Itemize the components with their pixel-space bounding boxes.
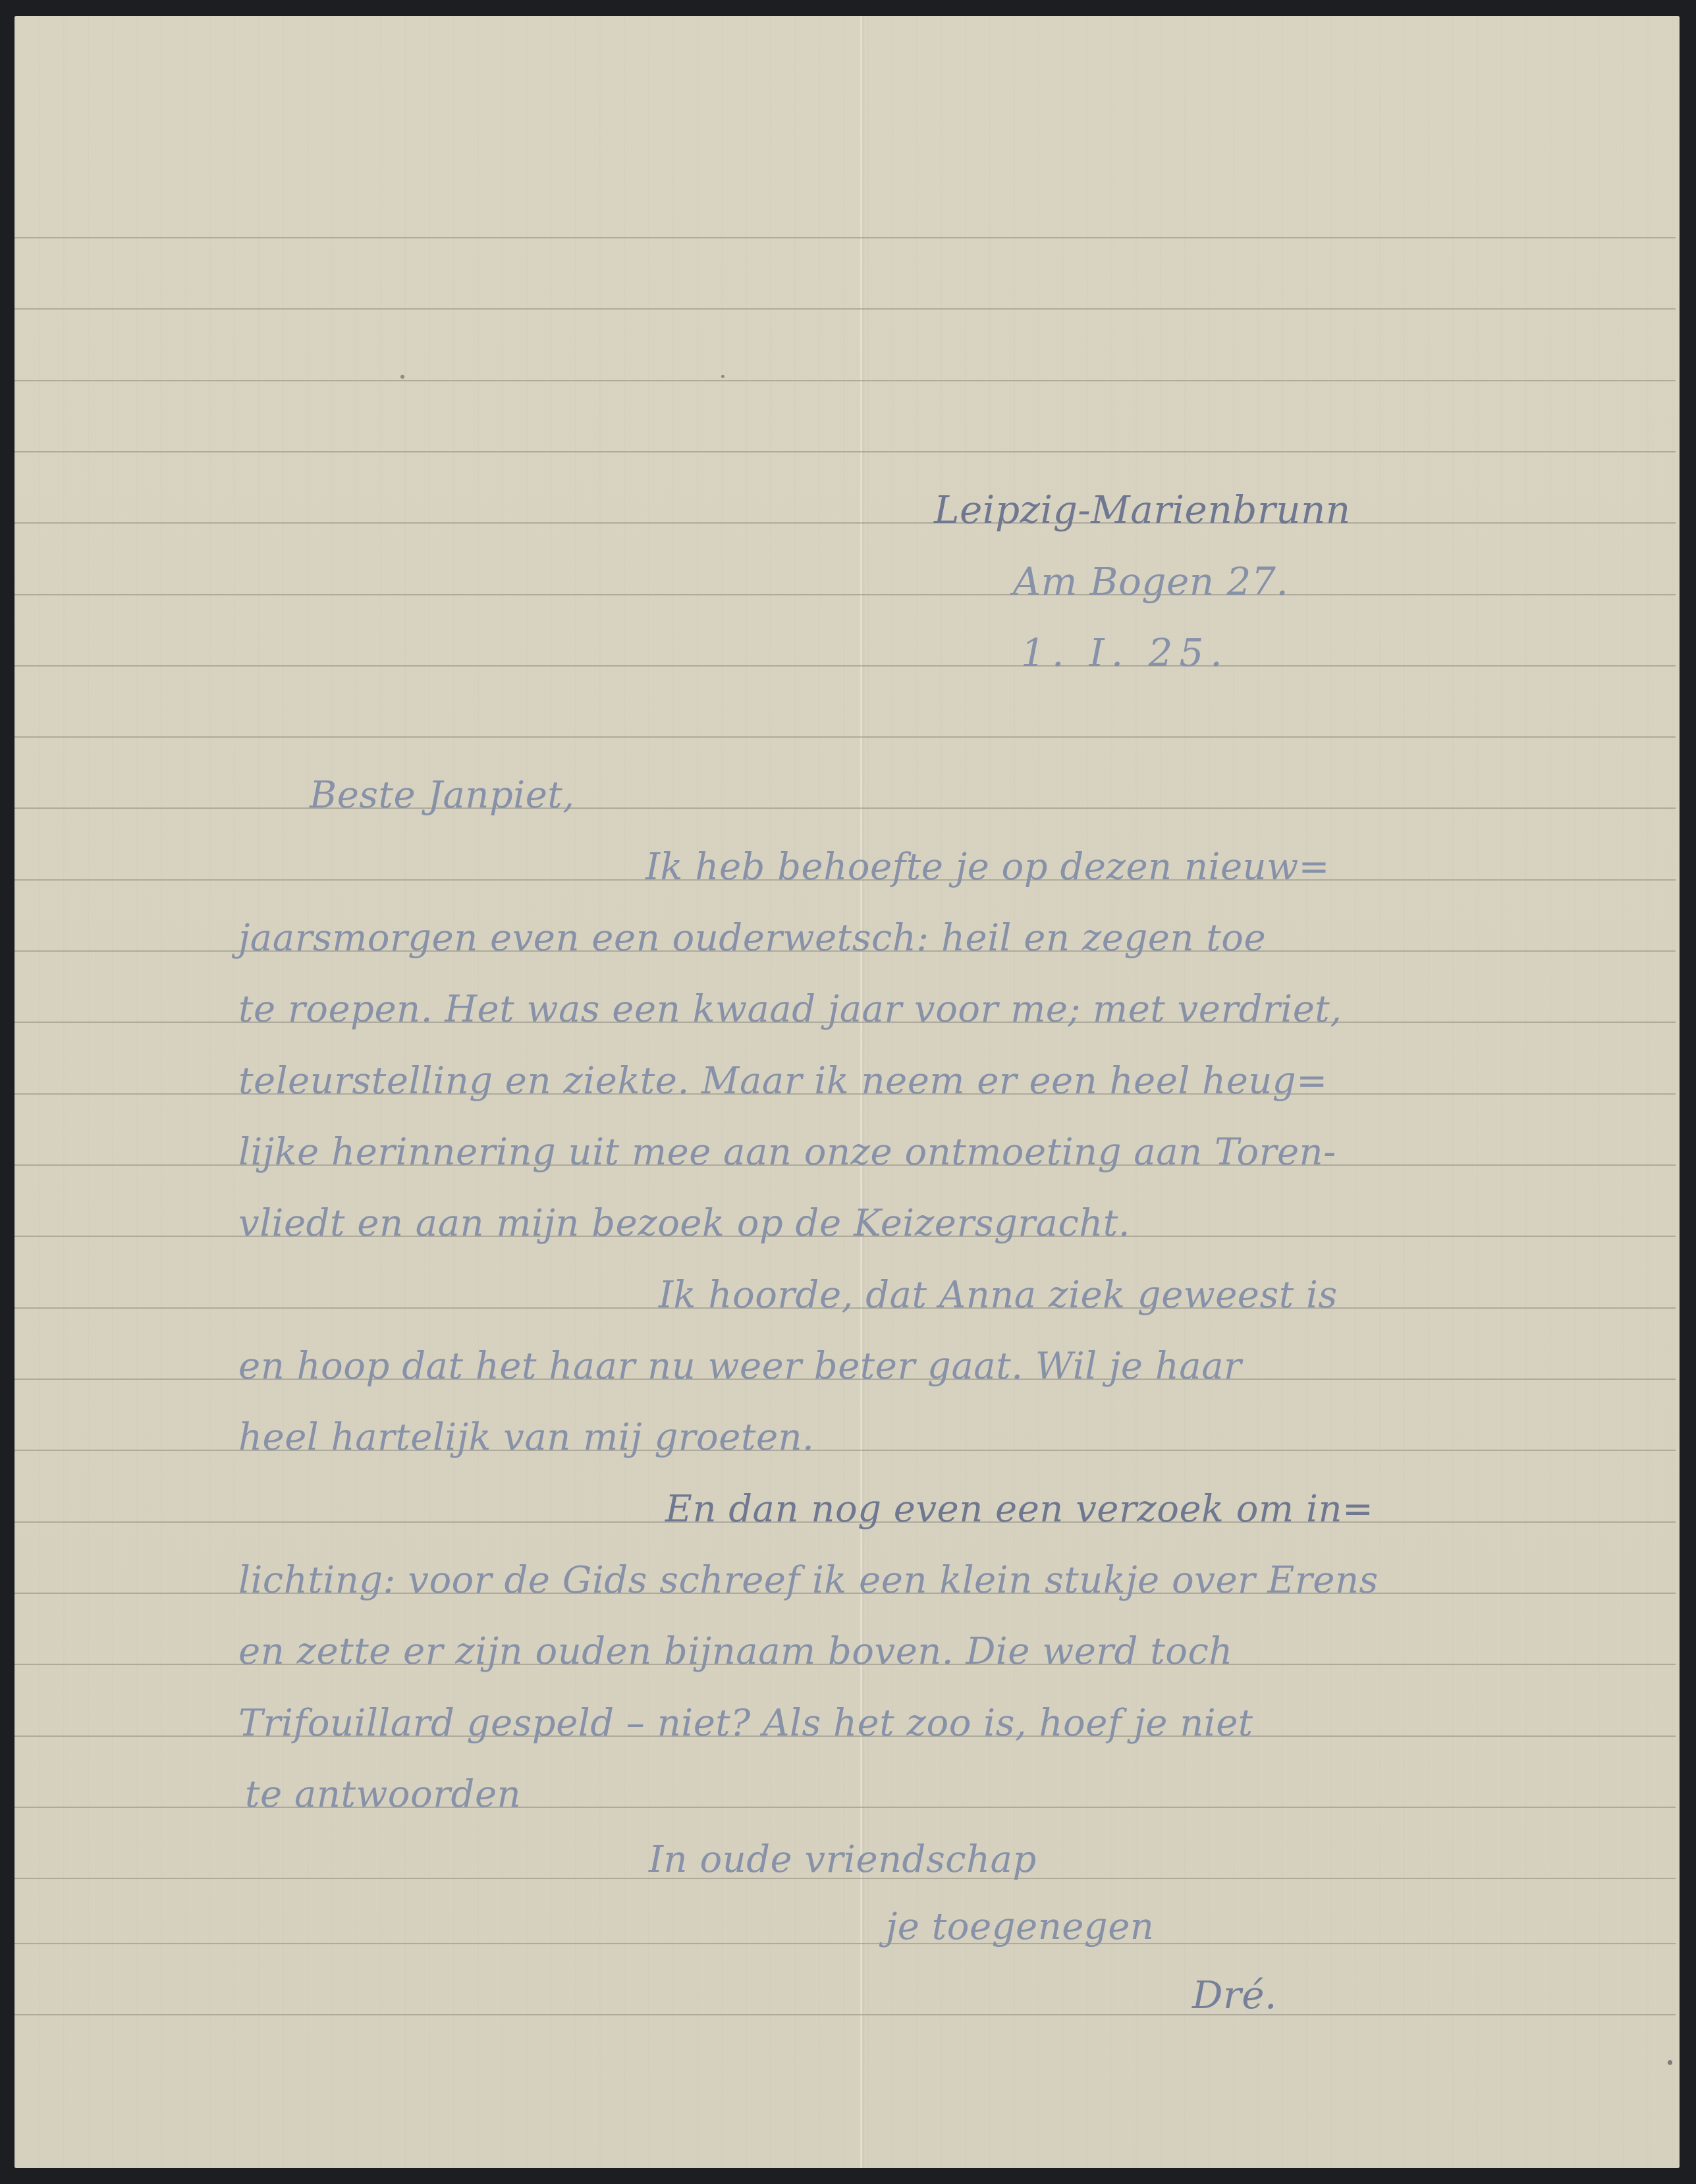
ruled-line bbox=[14, 807, 1676, 809]
salutation: Beste Janpiet, bbox=[310, 777, 575, 814]
letterhead-place: Leipzig-Marienbrunn bbox=[934, 491, 1351, 529]
closing-line: In oude vriendschap bbox=[649, 1842, 1037, 1878]
letter-line: en zette er zijn ouden bijnaam boven. Di… bbox=[238, 1633, 1233, 1670]
letter-line: lichting: voor de Gids schreef ik een kl… bbox=[238, 1562, 1379, 1599]
ruled-line bbox=[14, 1943, 1676, 1944]
ruled-line bbox=[14, 237, 1676, 238]
letter-line: teleurstelling en ziekte. Maar ik neem e… bbox=[238, 1063, 1328, 1100]
scan-background: Leipzig-Marienbrunn Am Bogen 27. 1. I. 2… bbox=[0, 0, 1696, 2184]
letter-line: lijke herinnering uit mee aan onze ontmo… bbox=[238, 1134, 1336, 1171]
letter-line: en hoop dat het haar nu weer beter gaat.… bbox=[238, 1348, 1242, 1385]
ruled-line bbox=[14, 665, 1676, 667]
letter-line: te antwoorden bbox=[245, 1776, 521, 1813]
ruled-line bbox=[14, 736, 1676, 738]
ruled-line bbox=[14, 2014, 1676, 2015]
letterhead-street: Am Bogen 27. bbox=[1013, 562, 1288, 601]
paper-speck bbox=[721, 375, 725, 378]
paper-speck bbox=[1668, 2060, 1672, 2065]
ruled-line bbox=[14, 308, 1676, 310]
letter-line: te roepen. Het was een kwaad jaar voor m… bbox=[238, 991, 1342, 1028]
ruled-line bbox=[14, 451, 1676, 452]
letter-line: Ik hoorde, dat Anna ziek geweest is bbox=[659, 1277, 1338, 1314]
letter-line: vliedt en aan mijn bezoek op de Keizersg… bbox=[238, 1205, 1130, 1242]
letter-sheet: Leipzig-Marienbrunn Am Bogen 27. 1. I. 2… bbox=[14, 16, 1680, 2168]
ruled-line bbox=[14, 594, 1676, 595]
closing-line: je toegenegen bbox=[886, 1909, 1154, 1946]
letter-line: jaarsmorgen even een ouderwetsch: heil e… bbox=[238, 920, 1266, 957]
letterhead-date: 1. I. 25. bbox=[1021, 634, 1229, 672]
paper-speck bbox=[400, 375, 404, 379]
letter-line: Trifouillard gespeld – niet? Als het zoo… bbox=[238, 1705, 1253, 1742]
letter-line: heel hartelijk van mij groeten. bbox=[238, 1419, 814, 1456]
ruled-line bbox=[14, 380, 1676, 381]
signature: Dré. bbox=[1192, 1976, 1277, 2014]
ruled-line bbox=[14, 522, 1676, 524]
letter-line: Ik heb behoefte je op dezen nieuw= bbox=[645, 849, 1330, 886]
letter-line: En dan nog even een verzoek om in= bbox=[665, 1491, 1373, 1528]
